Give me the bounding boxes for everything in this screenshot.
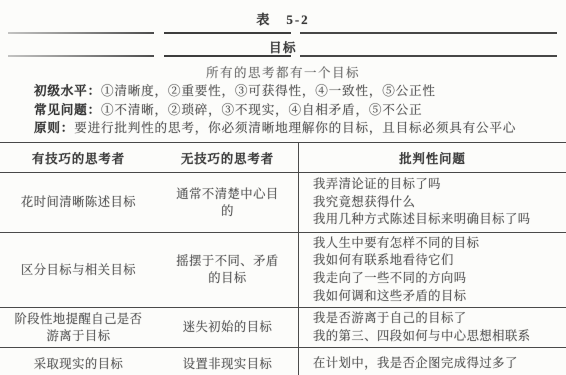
scanned-book-page: 表 5-2 目标 所有的思考都有一个目标 初级水平：①清晰度，②重要性，③可获得… bbox=[0, 0, 566, 375]
skilled-cell: 花时间清晰陈述目标 bbox=[0, 173, 157, 232]
table-caption: 表 5-2 bbox=[0, 9, 566, 28]
question-line: 我弄清论证的目标了吗 bbox=[313, 176, 562, 194]
skilled-cell: 采取现实的目标 bbox=[0, 348, 157, 375]
header-unskilled-thinker: 无技巧的思考者 bbox=[157, 143, 298, 172]
table-row: 区分目标与相关目标 摇摆于不同、矛盾的目标 我人生中要有怎样不同的目标 我如何有… bbox=[0, 232, 566, 307]
question-line: 我的第三、四段如何与中心思想相联系 bbox=[313, 328, 562, 346]
table-row: 阶段性地提醒自己是否游离于目标 迷失初始的目标 我是否游离于自己的目标了 我的第… bbox=[0, 307, 566, 347]
meta-block: 初级水平：①清晰度，②重要性，③可获得性，④一致性，⑤公正性 常见问题：①不清晰… bbox=[34, 82, 558, 138]
problems-label: 常见问题： bbox=[34, 103, 101, 117]
question-line: 我如何有联系地看待它们 bbox=[313, 252, 562, 270]
problems-text: ①不清晰，②琐碎，③不现实，④自相矛盾，⑤不公正 bbox=[101, 103, 422, 117]
intro-line: 所有的思考都有一个目标 bbox=[0, 63, 566, 81]
horizontal-rule-under-title bbox=[8, 55, 557, 57]
levels-line: 初级水平：①清晰度，②重要性，③可获得性，④一致性，⑤公正性 bbox=[34, 82, 558, 101]
question-line: 我走向了一些不同的方向吗 bbox=[313, 270, 562, 288]
levels-text: ①清晰度，②重要性，③可获得性，④一致性，⑤公正性 bbox=[101, 84, 436, 98]
principle-label: 原则： bbox=[34, 121, 74, 135]
skilled-cell: 阶段性地提醒自己是否游离于目标 bbox=[0, 308, 157, 347]
unskilled-cell: 迷失初始的目标 bbox=[157, 308, 298, 347]
questions-cell: 我是否游离于自己的目标了 我的第三、四段如何与中心思想相联系 bbox=[298, 308, 566, 347]
unskilled-cell: 摇摆于不同、矛盾的目标 bbox=[157, 233, 298, 307]
question-line: 我究竟想获得什么 bbox=[313, 194, 562, 212]
questions-cell: 我人生中要有怎样不同的目标 我如何有联系地看待它们 我走向了一些不同的方向吗 我… bbox=[298, 233, 566, 307]
principle-text: 要进行批判性的思考，你必须清晰地理解你的目标，且目标必须具有公平心 bbox=[74, 121, 516, 135]
skilled-cell: 区分目标与相关目标 bbox=[0, 233, 157, 307]
table-row: 采取现实的目标 设置非现实目标 在计划中，我是否企图完成得过多了 bbox=[0, 347, 566, 375]
question-line: 我用几种方式陈述目标来明确目标了吗 bbox=[313, 211, 562, 229]
header-critical-questions: 批判性问题 bbox=[298, 143, 566, 172]
principle-line: 原则：要进行批判性的思考，你必须清晰地理解你的目标，且目标必须具有公平心 bbox=[34, 119, 558, 138]
question-line: 在计划中，我是否企图完成得过多了 bbox=[313, 355, 562, 373]
problems-line: 常见问题：①不清晰，②琐碎，③不现实，④自相矛盾，⑤不公正 bbox=[34, 101, 558, 120]
table-row: 花时间清晰陈述目标 通常不清楚中心目的 我弄清论证的目标了吗 我究竟想获得什么 … bbox=[0, 173, 566, 232]
header-skilled-thinker: 有技巧的思考者 bbox=[0, 143, 157, 172]
levels-label: 初级水平： bbox=[34, 84, 101, 98]
question-line: 我是否游离于自己的目标了 bbox=[313, 310, 562, 328]
question-line: 我如何调和这些矛盾的目标 bbox=[313, 288, 562, 306]
table-title: 目标 bbox=[0, 38, 566, 56]
unskilled-cell: 设置非现实目标 bbox=[157, 348, 298, 375]
unskilled-cell: 通常不清楚中心目的 bbox=[157, 173, 298, 232]
comparison-table: 有技巧的思考者 无技巧的思考者 批判性问题 花时间清晰陈述目标 通常不清楚中心目… bbox=[0, 142, 566, 375]
questions-cell: 在计划中，我是否企图完成得过多了 bbox=[298, 348, 566, 375]
questions-cell: 我弄清论证的目标了吗 我究竟想获得什么 我用几种方式陈述目标来明确目标了吗 bbox=[298, 173, 566, 232]
question-line: 我人生中要有怎样不同的目标 bbox=[313, 235, 562, 253]
table-header-row: 有技巧的思考者 无技巧的思考者 批判性问题 bbox=[0, 142, 566, 173]
horizontal-rule-top bbox=[8, 32, 557, 34]
